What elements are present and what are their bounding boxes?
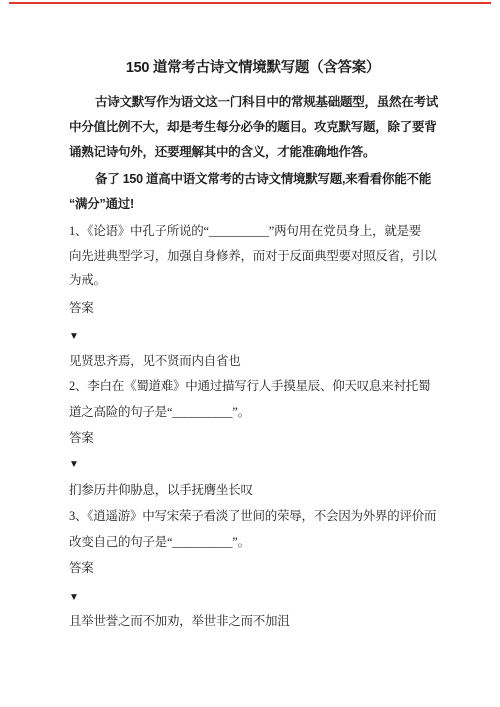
answer-marker-icon-1: ▼: [69, 328, 437, 345]
question-2-line-2: 道之高险的句子是“__________”。: [69, 404, 437, 421]
question-3-line-2: 改变自己的句子是“__________”。: [69, 534, 437, 551]
intro-line-3: 诵熟记诗句外，还要理解其中的含义，才能准确地作答。: [69, 144, 437, 161]
question-2-line-1: 2、李白在《蜀道难》中通过描写行人手摸星辰、仰天叹息来衬托蜀: [69, 378, 437, 395]
callout-line-2: “满分”通过!: [69, 196, 437, 213]
answer-label-2: 答案: [69, 430, 437, 447]
intro-line-2: 中分值比例不大，却是考生每分必争的题目。攻克默写题，除了要背: [69, 119, 437, 136]
callout-line-1: 备了 150 道高中语文常考的古诗文情境默写题,来看看你能不能: [95, 171, 463, 188]
answer-label-3: 答案: [69, 560, 437, 577]
answer-marker-icon-3: ▼: [69, 589, 437, 606]
question-1-line-2: 向先进典型学习，加强自身修养，而对于反面典型要对照反省，引以: [69, 248, 437, 265]
answer-label-1: 答案: [69, 300, 437, 317]
answer-text-2: 扪参历井仰胁息，以手抚膺坐长叹: [69, 482, 437, 499]
intro-line-1: 古诗文默写作为语文这一门科目中的常规基础题型，虽然在考试: [95, 94, 463, 111]
document-page: 150 道常考古诗文情境默写题（含答案） 古诗文默写作为语文这一门科目中的常规基…: [0, 0, 500, 707]
answer-marker-icon-2: ▼: [69, 456, 437, 473]
answer-text-3: 且举世誉之而不加劝，举世非之而不加沮: [69, 613, 437, 630]
page-title: 150 道常考古诗文情境默写题（含答案）: [69, 60, 437, 77]
question-1-line-3: 为戒。: [69, 272, 437, 289]
question-3-line-1: 3、《逍遥游》中写宋荣子看淡了世间的荣辱，不会因为外界的评价而: [69, 508, 437, 525]
question-1-line-1: 1、《论语》中孔子所说的“__________”两句用在党员身上，就是要: [69, 223, 437, 240]
answer-text-1: 见贤思齐焉，见不贤而内自省也: [69, 353, 437, 370]
top-border-line: [9, 2, 491, 4]
